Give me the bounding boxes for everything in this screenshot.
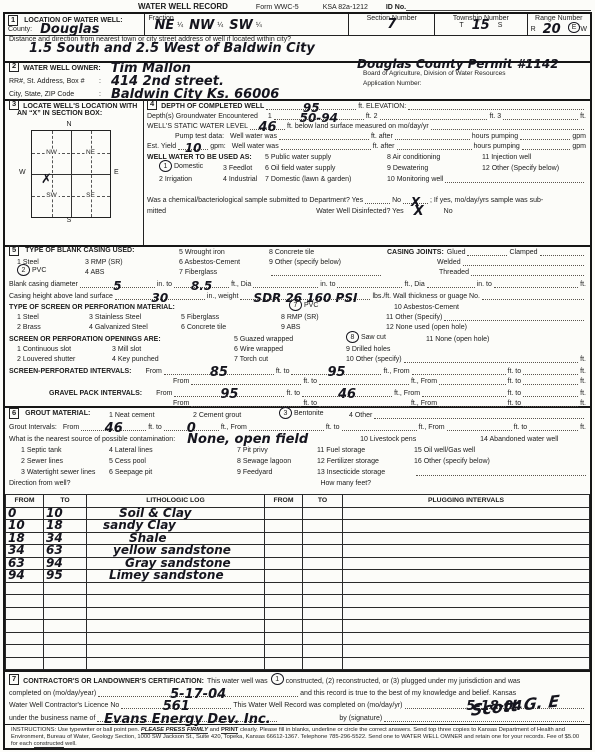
use-option-7: 7 Domestic (lawn & garden): [265, 176, 387, 183]
quadrant-ne: NE: [84, 149, 97, 156]
yield-label: Est. Yield: [147, 143, 176, 150]
section-box-vdash2: [91, 131, 92, 217]
opening-option-9: 9 Drilled holes: [346, 346, 390, 353]
opening-option-5: 5 Guazed wrapped: [234, 336, 346, 343]
contam-option-11: 11 Fuel storage: [317, 447, 414, 454]
section1-row1: 1 LOCATION OF WATER WELL: County: Dougla…: [5, 14, 590, 36]
casing-option-3: 3 RMP (SR): [85, 259, 179, 266]
business-name-label: under the business name of: [9, 715, 95, 722]
screen-option-12: 12 None used (open hole): [386, 324, 467, 331]
sec3-number: 3: [9, 99, 19, 110]
table-empty-row: [6, 582, 590, 595]
id-blank: [406, 2, 591, 11]
fraction-3: SW: [229, 23, 253, 29]
contamination-label: What is the nearest source of possible c…: [9, 436, 175, 443]
yield-gpm-label: gpm: [572, 143, 586, 150]
use-option-1-circled: 1: [159, 160, 172, 172]
certification-title: CONTRACTOR'S OR LANDOWNER'S CERTIFICATIO…: [23, 678, 204, 685]
sec1-fraction-cell: Fraction NE¼ NW¼ SW¼: [145, 14, 350, 35]
diam-ftdia-1: ft., Dia: [231, 281, 251, 288]
quarter-1: ¼: [177, 22, 183, 29]
screen-other-blank: [444, 312, 584, 321]
gpi-from-label: From: [156, 390, 172, 397]
diam-into-2: in. to: [320, 281, 335, 288]
contam-option-12: 12 Fertilizer storage: [317, 458, 414, 465]
sample-tail: ; If yes, mo/day/yrs sample was sub-: [430, 197, 543, 204]
contam-other-blank: [416, 467, 586, 476]
grout-title: GROUT MATERIAL:: [25, 410, 90, 417]
yield-gpm-blank: [522, 141, 571, 150]
owner-value: Tim Mallon: [111, 66, 191, 72]
form-title: WATER WELL RECORD: [138, 2, 228, 11]
grout-option-4: 4 Other: [349, 412, 372, 419]
opening-option-3: 3 Mill slot: [112, 346, 234, 353]
county-label: County:: [8, 26, 32, 33]
sec3-title-line2: AN “X” IN SECTION BOX:: [17, 110, 143, 117]
form-header: WATER WELL RECORD Form WWC-5 KSA 82a-121…: [0, 2, 591, 11]
cert-line1a: This water well was: [207, 678, 268, 685]
screen-intervals-label: SCREEN-PERFORATED INTERVALS:: [9, 368, 132, 375]
spi2-from-label: From: [173, 378, 189, 385]
instructions-text: INSTRUCTIONS: Use typewriter or ball poi…: [11, 727, 141, 733]
diam-blank-3: [337, 279, 402, 288]
contam-option-16: 16 Other (specify below): [414, 458, 490, 465]
range-r: R: [531, 26, 536, 33]
quarter-2: ¼: [217, 22, 223, 29]
use-option-4: 4 Industrial: [223, 176, 265, 183]
joints-clamped-blank: [540, 247, 585, 256]
sec3-title-line1: LOCATE WELL'S LOCATION WITH: [23, 103, 137, 110]
screen-material-title: TYPE OF SCREEN OR PERFORATION MATERIAL:: [9, 304, 289, 311]
spi-from2-blank: [412, 366, 506, 375]
press-firmly-emphasis: PLEASE PRESS FIRMLY: [141, 727, 208, 734]
opening-option-11: 11 None (open hole): [426, 336, 489, 343]
form-ksa: KSA 82a-1212: [323, 4, 368, 11]
pump-wellwater-label: Well water was: [230, 133, 277, 140]
casing-diameter-label: Blank casing diameter: [9, 281, 78, 288]
joints-clamped: Clamped: [509, 249, 537, 256]
table-empty-row: [6, 657, 590, 670]
range-east-circled: E: [568, 22, 581, 33]
licence-label: Water Well Contractor's Licence No: [9, 702, 119, 709]
yield-value: 10: [185, 145, 202, 151]
constructed-emphasis: constructed: [34, 741, 64, 748]
range-label: Range Number: [531, 15, 587, 22]
col-to-2: TO: [303, 495, 343, 508]
pump-ftafter: ft. after: [371, 133, 393, 140]
spi-from2-label: ft., From: [383, 368, 409, 375]
spi-to2-label: ft. to: [508, 368, 522, 375]
joints-welded-blank: [463, 257, 584, 266]
sec1-section-cell: Section Number 7: [349, 14, 435, 35]
groundwater-2-blank: [380, 111, 488, 120]
opening-option-4: 4 Key punched: [112, 356, 234, 363]
yield-gpm: gpm:: [210, 143, 226, 150]
use-option-2: 2 Irrigation: [159, 176, 223, 183]
gravel-intervals-label: GRAVEL PACK INTERVALS:: [49, 390, 142, 397]
table-row: 94 95 Limey sandstone: [6, 570, 590, 583]
board-label: Board of Agriculture, Division of Water …: [363, 70, 591, 77]
sec4-number: 4: [147, 99, 157, 110]
spi2-to-label: ft. to: [303, 378, 317, 385]
screen-option-2: 2 Brass: [17, 324, 89, 331]
address-value: 414 2nd street.: [111, 79, 224, 85]
fraction-2: NW: [189, 23, 214, 29]
pump-gpm-label: gpm: [572, 133, 586, 140]
table-empty-row: [6, 620, 590, 633]
opening-option-1: 1 Continuous slot: [17, 346, 112, 353]
opening-ft: ft.: [580, 356, 586, 363]
table-row: 63 94 Gray sandstone: [6, 557, 590, 570]
instructions-text: well.: [64, 741, 77, 747]
sample-mitted: mitted: [147, 208, 166, 215]
elevation-blank: [408, 101, 584, 110]
opening-option-2: 2 Louvered shutter: [17, 356, 112, 363]
sec2-number: 2: [9, 61, 19, 72]
quarter-3: ¼: [256, 22, 262, 29]
signature-label: by (signature): [339, 715, 382, 722]
county-value: Douglas: [40, 27, 99, 33]
record-completed-label: This Water Well Record was completed on …: [233, 702, 402, 709]
grout-from2-blank: [249, 422, 324, 431]
business-name-value: Evans Energy Dev. Inc.: [104, 717, 271, 723]
use-option-12: 12 Other (Specify below): [482, 165, 559, 172]
section-number-value: 7: [352, 22, 431, 28]
contam-option-6: 6 Seepage pit: [109, 469, 237, 476]
grout-option-3-circled: 3: [279, 407, 292, 419]
contam-option-1: 1 Septic tank: [21, 447, 109, 454]
use-option-8: 8 Air conditioning: [387, 154, 482, 161]
quadrant-nw: NW: [44, 149, 59, 156]
sec2-right-block: Douglas County Permit #1142 Board of Agr…: [345, 59, 591, 87]
township-t: T: [459, 22, 463, 29]
col-from-2: FROM: [265, 495, 303, 508]
table-row: 18 34 Shale: [6, 532, 590, 545]
static-level-label: WELL'S STATIC WATER LEVEL: [147, 123, 248, 130]
section4: 4 DEPTH OF COMPLETED WELL 95 ft. ELEVATI…: [143, 99, 590, 247]
casing-joints-label: CASING JOINTS:: [387, 249, 444, 256]
table-empty-row: [6, 595, 590, 608]
casing-option-4: 4 ABS: [85, 269, 179, 276]
lithologic-table-wrap: FROM TO LITHOLOGIC LOG FROM TO PLUGGING …: [5, 494, 590, 670]
screen-option-9: 9 ABS: [281, 324, 386, 331]
application-number-label: Application Number:: [363, 80, 591, 87]
use-option-11: 11 Injection well: [482, 154, 531, 161]
contam-option-14: 14 Abandoned water well: [480, 436, 558, 443]
distance-value: 1.5 South and 2.5 West of Baldwin City: [29, 46, 586, 52]
spi-to2-blank: [523, 366, 578, 375]
city-value: Baldwin City Ks. 66006: [111, 92, 279, 98]
grout-from3-label: ft., From: [419, 424, 445, 431]
casing-height-value: 30: [152, 295, 169, 301]
spi2-to2-blank: [523, 376, 578, 385]
use-option-3: 3 Feedlot: [223, 165, 265, 172]
cert-line2b: and this record is true to the best of m…: [300, 690, 516, 697]
static-level-rest: ft. below land surface measured on mo/da…: [287, 123, 429, 130]
groundwater-1: 1: [268, 113, 272, 120]
opening-option-10: 10 Other (specify): [346, 356, 402, 363]
groundwater-ft: ft.: [580, 113, 586, 120]
diam-ft-end: ft.: [580, 281, 586, 288]
grout-from2-label: ft., From: [221, 424, 247, 431]
joints-glued-blank: [467, 247, 507, 256]
use-option-10-blank: [445, 174, 584, 183]
section3: 3 LOCATE WELL'S LOCATION WITH AN “X” IN …: [5, 99, 144, 247]
city-colon: :: [99, 91, 101, 98]
range-w: W: [580, 26, 587, 33]
screen-option-1: 1 Steel: [17, 314, 89, 321]
diam-into-1: in. to: [157, 281, 172, 288]
casing-option-2-label: PVC: [32, 267, 46, 274]
grout-from3-blank: [447, 422, 512, 431]
opening-option-6: 6 Wire wrapped: [234, 346, 346, 353]
direction-label: Direction from well?: [9, 480, 70, 487]
wall-thickness-blank: [482, 291, 584, 300]
contamination-value: None, open field: [187, 437, 308, 443]
yield-ftafter: ft. after: [373, 143, 395, 150]
compass-e: E: [114, 169, 119, 176]
groundwater-2-label: ft. 2: [366, 113, 378, 120]
range-value: 20: [543, 27, 561, 33]
sec7-number: 7: [9, 674, 19, 685]
log-text: Limey sandstone: [109, 568, 224, 582]
sec1-range-cell: Range Number R 20 E W: [528, 14, 590, 35]
spi-from-label: From: [146, 368, 162, 375]
table-row: 10 18 sandy Clay: [6, 520, 590, 533]
grout-option-2: 2 Cement grout: [193, 412, 279, 419]
elevation-label: ft. ELEVATION:: [358, 103, 406, 110]
pump-ft-blank: [279, 131, 369, 140]
casing-option-5: 5 Wrought iron: [179, 249, 269, 256]
screen-option-5: 5 Fiberglass: [181, 314, 281, 321]
disinfected-no-label: No: [444, 208, 453, 215]
casing-other-blank: [271, 267, 381, 276]
pump-hours-blank: [395, 131, 470, 140]
diam-blank-2: [253, 279, 318, 288]
grout-intervals-label: Grout Intervals:: [9, 424, 57, 431]
sec5-number: 5: [9, 245, 19, 256]
section7: 7 CONTRACTOR'S OR LANDOWNER'S CERTIFICAT…: [5, 670, 590, 726]
table-row: 34 63 yellow sandstone: [6, 545, 590, 558]
gpi-to2-label: ft. to: [508, 390, 522, 397]
form-id-label: ID No.: [386, 4, 406, 11]
yield-wellwater-label: Well water was: [232, 143, 279, 150]
groundwater-3-blank: [503, 111, 578, 120]
spi2-from2-blank: [439, 376, 506, 385]
contam-option-15: 15 Oil well/Gas well: [414, 447, 475, 454]
pump-hours-label: hours pumping: [472, 133, 518, 140]
how-many-feet-label: How many feet?: [320, 480, 371, 487]
gpi-to2-blank: [523, 388, 578, 397]
contam-option-13: 13 Insecticide storage: [317, 469, 414, 476]
spi2-from-blank: [191, 376, 301, 385]
joints-welded: Welded: [437, 259, 461, 266]
table-row: 0 10 Soil & Clay: [6, 507, 590, 520]
yield-hours-blank: [397, 141, 472, 150]
use-option-6: 6 Oil field water supply: [265, 165, 387, 172]
use-option-10: 10 Monitoring well: [387, 176, 443, 183]
grout-to-label: ft. to: [148, 424, 162, 431]
grout-other-blank: [374, 410, 584, 419]
casing-option-2-circled: 2: [17, 264, 30, 276]
address-label: RR#, St. Address, Box #: [9, 78, 99, 85]
opening-other-blank: [404, 354, 579, 363]
opening-option-8-label: Saw cut: [361, 334, 386, 341]
sec1-county-cell: 1 LOCATION OF WATER WELL: County: Dougla…: [5, 14, 145, 35]
lithologic-table: FROM TO LITHOLOGIC LOG FROM TO PLUGGING …: [5, 494, 590, 670]
log-to: 95: [46, 568, 63, 582]
spi-to-label: ft. to: [276, 368, 290, 375]
contam-option-4: 4 Lateral lines: [109, 447, 237, 454]
sec1-township-cell: Township Number T 15 S: [435, 14, 527, 35]
gpi-to-label: ft. to: [286, 390, 300, 397]
cert-line1b: constructed, (2) reconstructed, or (3) p…: [286, 678, 521, 685]
quadrant-se: SE: [84, 192, 97, 199]
yield-hours-label: hours pumping: [474, 143, 520, 150]
screen-option-4: 4 Galvanized Steel: [89, 324, 181, 331]
section5: 5 TYPE OF BLANK CASING USED: 5 Wrought i…: [5, 245, 590, 408]
compass-w: W: [19, 169, 26, 176]
groundwater-value: 50-94: [300, 115, 338, 121]
contam-option-2: 2 Sewer lines: [21, 458, 109, 465]
spi-ft-end: ft.: [580, 368, 586, 375]
diam-into-3: in. to: [477, 281, 492, 288]
opening-option-7: 7 Torch cut: [234, 356, 346, 363]
screen-option-10: 10 Asbestos-Cement: [394, 304, 459, 311]
instructions: INSTRUCTIONS: Use typewriter or ball poi…: [5, 724, 590, 748]
constructed-1-circled: 1: [271, 673, 284, 685]
joints-threaded: Threaded: [439, 269, 469, 276]
opening-option-8-circled: 8: [346, 331, 359, 343]
blank-casing-title: TYPE OF BLANK CASING USED:: [25, 247, 134, 254]
contam-option-8: 8 Sewage lagoon: [237, 458, 317, 465]
casing-option-6: 6 Asbestos-Cement: [179, 259, 269, 266]
table-empty-row: [6, 607, 590, 620]
section6: 6 GROUT MATERIAL: 1 Neat cement 2 Cement…: [5, 406, 590, 494]
weight-label: in., weight: [207, 293, 239, 300]
grout-to2-label: ft. to: [326, 424, 340, 431]
licence-value: 561: [163, 704, 190, 710]
grout-option-3-label: Bentonite: [294, 410, 324, 417]
screen-option-7-circled: 7: [289, 299, 302, 311]
groundwater-3-label: ft. 3: [489, 113, 501, 120]
section2: 2 WATER WELL OWNER: Tim Mallon RR#, St. …: [5, 59, 590, 101]
well-x-mark: ✗: [41, 177, 52, 183]
use-option-5: 5 Public water supply: [265, 154, 387, 161]
section-box: NW NE SW SE ✗: [31, 130, 111, 218]
disinfected-label: Water Well Disinfected? Yes: [316, 208, 404, 215]
township-s: S: [498, 22, 503, 29]
permit-note: Douglas County Permit #1142: [357, 61, 591, 67]
contam-option-5: 5 Cess pool: [109, 458, 237, 465]
pump-test-label: Pump test data:: [175, 133, 224, 140]
casing-diameter-ft: 8.5: [191, 283, 212, 289]
address-colon: :: [99, 78, 101, 85]
spi2-ft-end: ft.: [580, 378, 586, 385]
sample-question: Was a chemical/bacteriological sample su…: [147, 197, 363, 204]
contam-option-9: 9 Feedyard: [237, 469, 317, 476]
casing-option-7: 7 Fiberglass: [179, 269, 269, 276]
sec6-number: 6: [9, 408, 19, 419]
groundwater-label: Depth(s) Groundwater Encountered: [147, 113, 258, 120]
static-level-date-blank: [431, 121, 584, 130]
contam-option-10: 10 Livestock pens: [360, 436, 480, 443]
yield-ft-blank: [281, 141, 371, 150]
table-header-row: FROM TO LITHOLOGIC LOG FROM TO PLUGGING …: [6, 495, 590, 508]
sample-no-label: No: [392, 197, 401, 204]
joints-threaded-blank: [471, 267, 584, 276]
city-label: City, State, ZIP Code: [9, 91, 99, 98]
diam-ftdia-2: ft., Dia: [404, 281, 424, 288]
spi2-to2-label: ft. to: [508, 378, 522, 385]
grout-to3-label: ft. to: [514, 424, 528, 431]
static-level-value: 46: [259, 125, 277, 131]
contam-option-3: 3 Watertight sewer lines: [21, 469, 109, 476]
pump-gpm-blank: [520, 131, 570, 140]
township-value: 15: [472, 23, 490, 29]
instructions-text: and: [208, 727, 221, 733]
table-empty-row: [6, 632, 590, 645]
gpi-from2-label: ft., From: [394, 390, 420, 397]
log-from: 94: [8, 568, 25, 582]
depth-label: DEPTH OF COMPLETED WELL: [161, 103, 264, 110]
grout-ft-end: ft.: [580, 424, 586, 431]
casing-option-9: 9 Other (specify below): [269, 259, 387, 266]
openings-title: SCREEN OR PERFORATION OPENINGS ARE:: [9, 336, 234, 343]
contam-option-7: 7 Pit privy: [237, 447, 317, 454]
water-well-record-form: WATER WELL RECORD Form WWC-5 KSA 82a-121…: [0, 0, 595, 752]
casing-diameter-value: 5: [113, 283, 121, 289]
form-body: 1 LOCATION OF WATER WELL: County: Dougla…: [3, 12, 592, 750]
table-empty-row: [6, 645, 590, 658]
completed-on-label: completed on (mo/day/year): [9, 690, 96, 697]
grout-from-value: 46: [105, 426, 123, 432]
screen-option-7-label: PVC: [304, 302, 318, 309]
form-number: Form WWC-5: [256, 4, 299, 11]
casing-option-8: 8 Concrete tile: [269, 249, 387, 256]
grout-from-label: From: [63, 424, 79, 431]
screen-option-3: 3 Stainless Steel: [89, 314, 181, 321]
screen-option-11: 11 Other (Specify): [386, 314, 442, 321]
use-option-9: 9 Dewatering: [387, 165, 482, 172]
spi2-from2-label: ft., From: [411, 378, 437, 385]
diam-blank-5: [494, 279, 578, 288]
joints-glued: Glued: [447, 249, 466, 256]
use-option-1-label: Domestic: [174, 163, 203, 170]
quadrant-sw: SW: [44, 192, 58, 199]
completed-date-value: 5-17-04: [170, 692, 226, 698]
disinfected-yes-x: X: [414, 209, 424, 215]
sec1-number: 1: [8, 15, 18, 26]
sample-yes-blank: [365, 195, 390, 204]
screen-option-6: 6 Concrete tile: [181, 324, 281, 331]
compass-n: N: [66, 121, 71, 128]
casing-height-label: Casing height above land surface: [9, 293, 113, 300]
col-plugging-intervals: PLUGGING INTERVALS: [343, 495, 590, 508]
owner-label: WATER WELL OWNER:: [23, 65, 101, 72]
grout-option-1: 1 Neat cement: [109, 412, 193, 419]
gpi-ft-end: ft.: [580, 390, 586, 397]
compass-s: S: [67, 217, 72, 224]
print-emphasis: PRINT: [221, 727, 238, 734]
grout-to3-blank: [529, 422, 578, 431]
spi2-to-blank: [319, 376, 409, 385]
gpi-from2-blank: [422, 388, 505, 397]
grout-to2-blank: [342, 422, 417, 431]
diam-blank-4: [427, 279, 475, 288]
fraction-1: NE: [155, 23, 175, 29]
screen-option-8: 8 RMP (SR): [281, 314, 386, 321]
